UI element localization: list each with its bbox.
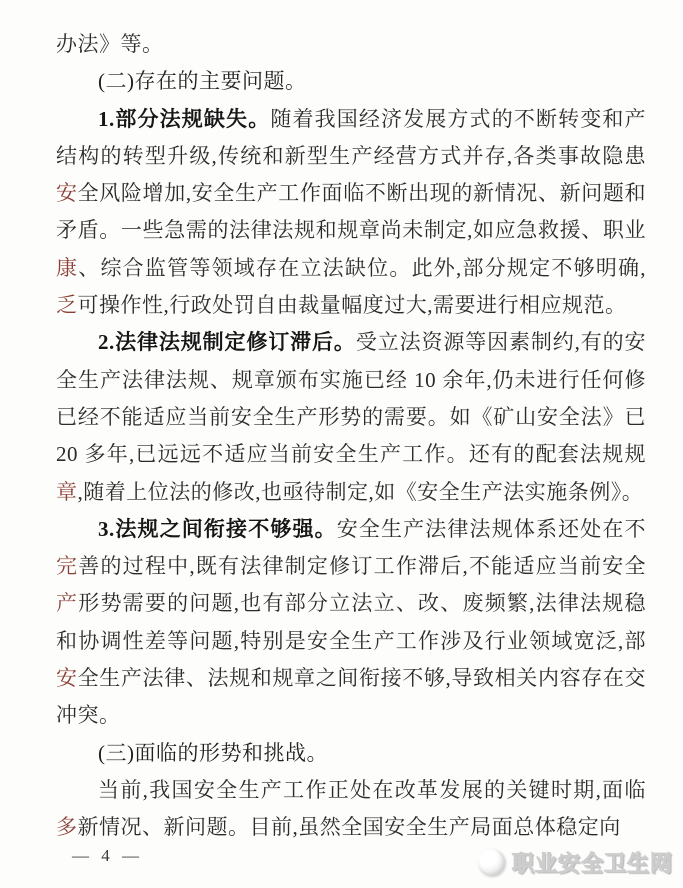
text-span: 多 bbox=[56, 815, 78, 839]
text-span: 当前,我国安全生产工作正处在改革发展的关键时期,面临许 bbox=[56, 778, 646, 809]
text-span: 产 bbox=[56, 591, 78, 615]
document-body: 办法》等。(二)存在的主要问题。1.部分法规缺失。随着我国经济发展方式的不断转变… bbox=[56, 26, 646, 847]
text-span: 办法》等。 bbox=[56, 32, 164, 56]
text-span: 已经不能适应当前安全生产形势的需要。如《矿山安全法》已实施 bbox=[56, 405, 646, 436]
text-span: 受立法资源等因素制约,有的安 bbox=[356, 330, 646, 354]
page-number: — 4 — bbox=[72, 846, 143, 866]
text-span: (二)存在的主要问题。 bbox=[98, 69, 307, 93]
text-line: 矛盾。一些急需的法律法规和规章尚未制定,如应急救援、职业健 bbox=[56, 212, 646, 249]
text-span: 全风险增加,安全生产工作面临不断出现的新情况、新问题和新 bbox=[56, 181, 646, 212]
text-span: 全生产法律、法规和规章之间衔接不够,导致相关内容存在交叉 bbox=[56, 666, 646, 697]
text-line: 全生产法律法规、规章颁布实施已经 10 余年,仍未进行任何修订, bbox=[56, 362, 646, 399]
text-span: ,随着上位法的修改,也亟待制定,如《安全生产法实施条例》。 bbox=[78, 480, 644, 504]
text-line: (三)面临的形势和挑战。 bbox=[56, 735, 646, 772]
text-span: 新情况、新问题。目前,虽然全国安全生产局面总体稳定向好, bbox=[56, 815, 621, 846]
text-line: 3.法规之间衔接不够强。安全生产法律法规体系还处在不断 bbox=[56, 511, 646, 548]
text-line: 办法》等。 bbox=[56, 26, 646, 63]
text-span: 完 bbox=[56, 554, 78, 578]
text-span: 乏 bbox=[56, 293, 78, 317]
text-line: 章,随着上位法的修改,也亟待制定,如《安全生产法实施条例》。 bbox=[56, 474, 646, 511]
text-span: 、综合监管等领域存在立法缺位。此外,部分规定不够明确,缺 bbox=[56, 256, 646, 287]
text-span: 冲突。 bbox=[56, 703, 121, 727]
text-span: 善的过程中,既有法律制定修订工作滞后,不能适应当前安全生 bbox=[56, 554, 646, 585]
text-span: 全生产法律法规、规章颁布实施已经 10 余年,仍未进行任何修订, bbox=[56, 368, 646, 399]
text-span: 康 bbox=[56, 256, 78, 280]
text-line: 康、综合监管等领域存在立法缺位。此外,部分规定不够明确,缺 bbox=[56, 250, 646, 287]
text-span: 1.部分法规缺失。 bbox=[98, 107, 270, 131]
text-line: 已经不能适应当前安全生产形势的需要。如《矿山安全法》已实施 bbox=[56, 399, 646, 436]
text-span: 安 bbox=[56, 181, 78, 205]
watermark: 职业安全卫生网 bbox=[478, 847, 673, 878]
document-page: 办法》等。(二)存在的主要问题。1.部分法规缺失。随着我国经济发展方式的不断转变… bbox=[0, 0, 683, 888]
watermark-logo-icon bbox=[478, 849, 505, 876]
text-line: 多新情况、新问题。目前,虽然全国安全生产局面总体稳定向好, bbox=[56, 809, 646, 846]
text-span: 3.法规之间衔接不够强。 bbox=[98, 517, 337, 541]
watermark-text: 职业安全卫生网 bbox=[512, 847, 673, 878]
text-line: 当前,我国安全生产工作正处在改革发展的关键时期,面临许 bbox=[56, 772, 646, 809]
text-line: 20 多年,已远远不适应当前安全生产工作。还有的配套法规规 bbox=[56, 436, 646, 473]
text-line: 产形势需要的问题,也有部分立法立、改、废频繁,法律法规稳定性 bbox=[56, 585, 646, 622]
text-span: 形势需要的问题,也有部分立法立、改、废频繁,法律法规稳定性 bbox=[56, 591, 646, 622]
text-line: (二)存在的主要问题。 bbox=[56, 63, 646, 100]
text-line: 冲突。 bbox=[56, 697, 646, 734]
text-span: 20 多年,已远远不适应当前安全生产工作。还有的配套法规规 bbox=[56, 442, 646, 466]
text-span: 矛盾。一些急需的法律法规和规章尚未制定,如应急救援、职业健 bbox=[56, 218, 646, 249]
text-line: 2.法律法规制定修订滞后。受立法资源等因素制约,有的安 bbox=[56, 324, 646, 361]
text-line: 乏可操作性,行政处罚自由裁量幅度过大,需要进行相应规范。 bbox=[56, 287, 646, 324]
text-line: 结构的转型升级,传统和新型生产经营方式并存,各类事故隐患和 bbox=[56, 138, 646, 175]
text-span: 章 bbox=[56, 480, 78, 504]
text-span: 安 bbox=[56, 666, 78, 690]
text-span: (三)面临的形势和挑战。 bbox=[98, 741, 328, 765]
text-span: 2.法律法规制定修订滞后。 bbox=[98, 330, 356, 354]
text-line: 安全生产法律、法规和规章之间衔接不够,导致相关内容存在交叉 bbox=[56, 660, 646, 697]
text-span: 可操作性,行政处罚自由裁量幅度过大,需要进行相应规范。 bbox=[78, 293, 627, 317]
text-line: 安全风险增加,安全生产工作面临不断出现的新情况、新问题和新 bbox=[56, 175, 646, 212]
text-span: 和协调性差等问题,特别是安全生产工作涉及行业领域宽泛,部分 bbox=[56, 629, 646, 660]
text-line: 1.部分法规缺失。随着我国经济发展方式的不断转变和产业 bbox=[56, 101, 646, 138]
text-span: 结构的转型升级,传统和新型生产经营方式并存,各类事故隐患和 bbox=[56, 144, 646, 175]
text-line: 和协调性差等问题,特别是安全生产工作涉及行业领域宽泛,部分 bbox=[56, 623, 646, 660]
text-line: 完善的过程中,既有法律制定修订工作滞后,不能适应当前安全生 bbox=[56, 548, 646, 585]
